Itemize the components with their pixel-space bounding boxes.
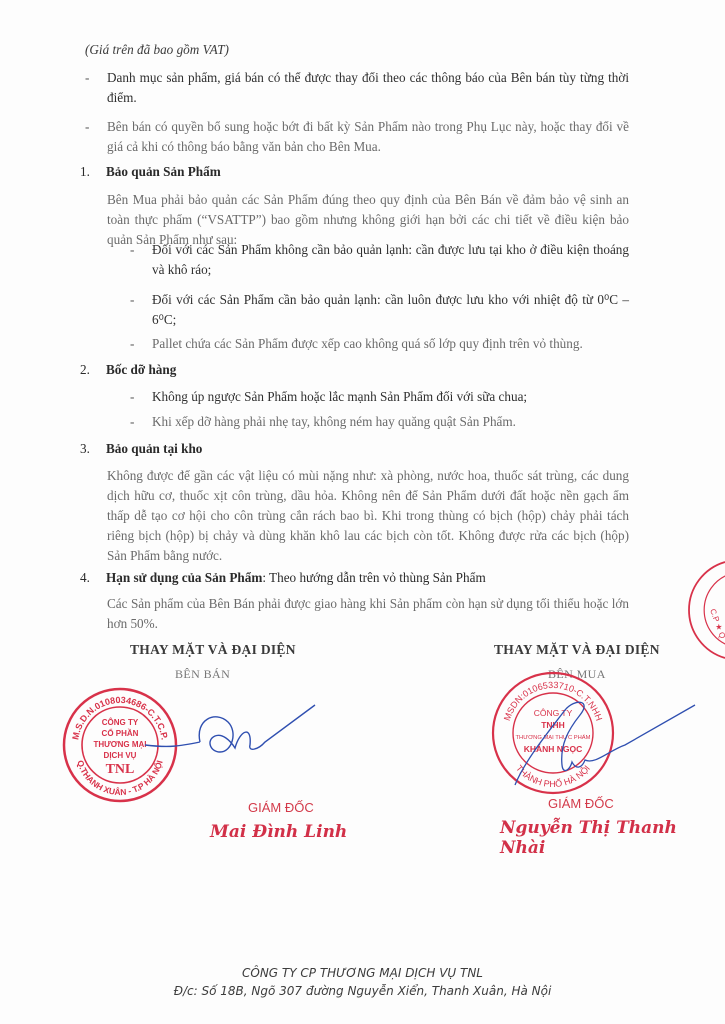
- buyer-signature: [500, 690, 700, 790]
- section-title: Bảo quản Sản Phẩm: [106, 164, 221, 179]
- footer-company: CÔNG TY CP THƯƠNG MẠI DỊCH VỤ TNL: [0, 966, 725, 980]
- vat-note: (Giá trên đã bao gồm VAT): [85, 40, 229, 60]
- section-heading: 4.Hạn sử dụng của Sản Phẩm: Theo hướng d…: [80, 570, 486, 586]
- section-item-text: Không úp ngược Sản Phẩm hoặc lắc mạnh Sả…: [152, 389, 527, 404]
- section-title-suffix: : Theo hướng dẫn trên vỏ thùng Sản Phẩm: [262, 570, 485, 585]
- section-title: Hạn sử dụng của Sản Phẩm: [106, 570, 262, 585]
- section-title: Bảo quản tại kho: [106, 441, 202, 456]
- buyer-rep-title: THAY MẶT VÀ ĐẠI DIỆN: [494, 642, 660, 658]
- dash-bullet: -: [130, 240, 134, 260]
- section-title: Bốc dỡ hàng: [106, 362, 176, 377]
- svg-text:C.P ★ Q: C.P ★ Q: [708, 608, 725, 640]
- dash-bullet: -: [130, 334, 134, 354]
- svg-text:THƯƠNG MẠI: THƯƠNG MẠI: [93, 740, 146, 749]
- section-heading: 3.Bảo quản tại kho: [80, 441, 202, 457]
- seller-role: GIÁM ĐỐC: [248, 800, 314, 815]
- footer-address: Đ/c: Số 18B, Ngõ 307 đường Nguyễn Xiển, …: [0, 984, 725, 998]
- section-item: - Đối với các Sản Phẩm cần bảo quản lạnh…: [152, 290, 629, 330]
- section-item: - Không úp ngược Sản Phẩm hoặc lắc mạnh …: [152, 387, 629, 407]
- section-item: - Khi xếp dỡ hàng phải nhẹ tay, không né…: [152, 412, 629, 432]
- seller-rep-title: THAY MẶT VÀ ĐẠI DIỆN: [130, 642, 296, 658]
- svg-text:CÔNG TY: CÔNG TY: [102, 718, 139, 727]
- seller-name: Mai Đình Linh: [210, 822, 347, 842]
- section-item-text: Đối với các Sản Phẩm cần bảo quản lạnh: …: [152, 292, 629, 327]
- svg-text:TNL: TNL: [106, 762, 135, 777]
- buyer-name: Nguyễn Thị Thanh Nhài: [500, 818, 725, 858]
- section-item-text: Khi xếp dỡ hàng phải nhẹ tay, không ném …: [152, 414, 516, 429]
- intro-item-text: Danh mục sản phẩm, giá bán có thể được t…: [107, 70, 629, 105]
- section-paragraph: Không được để gần các vật liệu có mùi nặ…: [107, 466, 629, 566]
- buyer-role: GIÁM ĐỐC: [548, 796, 614, 811]
- section-number: 1.: [80, 164, 106, 180]
- svg-text:DỊCH VỤ: DỊCH VỤ: [104, 751, 137, 760]
- seller-party-label: BÊN BÁN: [175, 667, 230, 682]
- section-number: 4.: [80, 570, 106, 586]
- dash-bullet: -: [130, 387, 134, 407]
- section-item-text: Đối với các Sản Phẩm không cần bảo quản …: [152, 242, 629, 277]
- section-heading: 2.Bốc dỡ hàng: [80, 362, 176, 378]
- dash-bullet: -: [130, 290, 134, 310]
- intro-item: - Bên bán có quyền bổ sung hoặc bớt đi b…: [107, 117, 629, 157]
- section-item: - Đối với các Sản Phẩm không cần bảo quả…: [152, 240, 629, 280]
- intro-item: - Danh mục sản phẩm, giá bán có thể được…: [107, 68, 629, 108]
- seller-signature: [140, 700, 320, 770]
- section-item-text: Pallet chứa các Sản Phẩm được xếp cao kh…: [152, 336, 583, 351]
- section-paragraph: Các Sản phẩm của Bên Bán phải được giao …: [107, 594, 629, 634]
- dash-bullet: -: [85, 68, 89, 88]
- section-heading: 1.Bảo quản Sản Phẩm: [80, 164, 221, 180]
- edge-seal-stamp: C.P ★ Q: [690, 560, 725, 660]
- intro-item-text: Bên bán có quyền bổ sung hoặc bớt đi bất…: [107, 119, 629, 154]
- dash-bullet: -: [130, 412, 134, 432]
- dash-bullet: -: [85, 117, 89, 137]
- svg-text:CỔ PHẦN: CỔ PHẦN: [102, 728, 139, 738]
- section-number: 2.: [80, 362, 106, 378]
- section-item: - Pallet chứa các Sản Phẩm được xếp cao …: [152, 334, 629, 354]
- document-page: (Giá trên đã bao gồm VAT) - Danh mục sản…: [0, 0, 725, 1024]
- section-number: 3.: [80, 441, 106, 457]
